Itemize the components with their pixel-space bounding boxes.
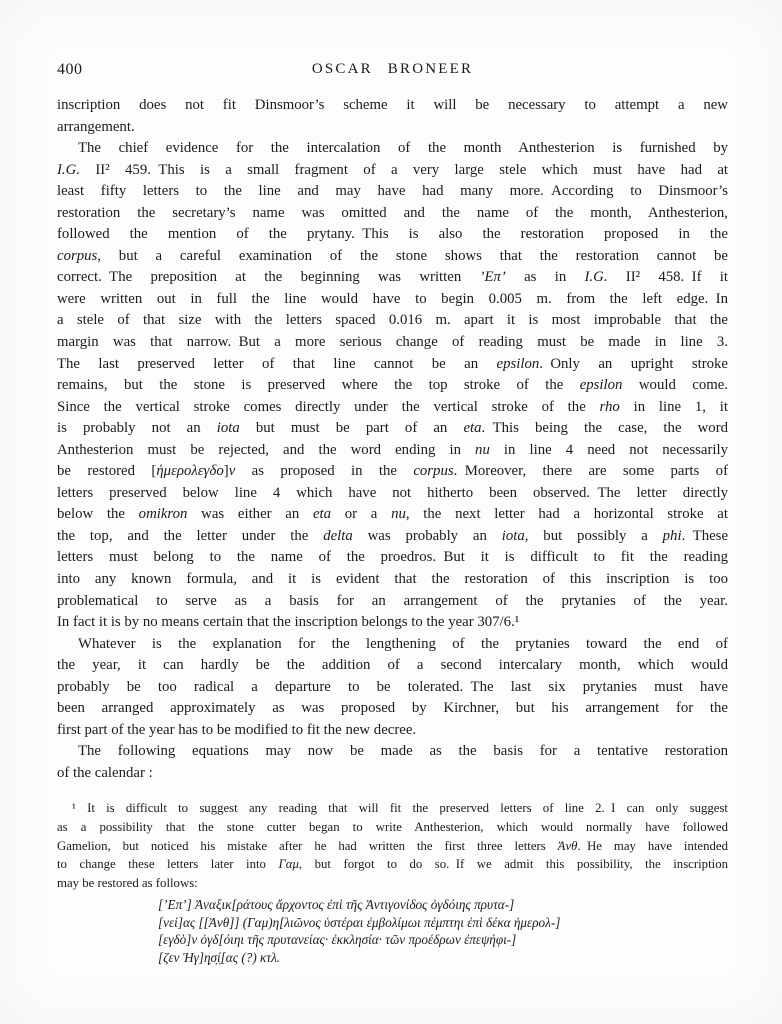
body-paragraphs: inscription does not fit Dinsmoor’s sche… xyxy=(57,95,728,785)
footnote-line: Gamelion, but noticed his mistake after … xyxy=(57,837,728,856)
text-line: been arranged approximately as was propo… xyxy=(57,698,728,720)
text-line: The last preserved letter of that line c… xyxy=(57,354,728,376)
text-line: probably be too radical a departure to b… xyxy=(57,677,728,699)
text-line: Whatever is the explanation for the leng… xyxy=(57,634,728,656)
text-line: The following equations may now be made … xyxy=(57,741,728,763)
text-line: letters preserved below line 4 which hav… xyxy=(57,483,728,505)
text-line: be restored [ἡμερολεγδο]ν as proposed in… xyxy=(57,461,728,483)
text-line: the top, and the letter under the delta … xyxy=(57,526,728,548)
text-line: were written out in full the line would … xyxy=(57,289,728,311)
text-line: letters must belong to the name of the p… xyxy=(57,547,728,569)
greek-line: [εγδὸ]ν ὀγδ[όιηι τῆς πρυτανείας· ἐκκλησί… xyxy=(158,931,688,949)
footnote-line: as a possibility that the stone cutter b… xyxy=(57,818,728,837)
page-header: 400 OSCAR BRONEER xyxy=(57,61,728,81)
greek-line: [’Επ’] Ἀναξικ[ράτους ἄρχοντος ἐπὶ τῆς Ἀν… xyxy=(158,896,688,914)
text-line: is probably not an iota but must be part… xyxy=(57,418,728,440)
text-line: inscription does not fit Dinsmoor’s sche… xyxy=(57,95,728,117)
text-line: Anthesterion must be rejected, and the w… xyxy=(57,440,728,462)
text-line: margin was that narrow. But a more serio… xyxy=(57,332,728,354)
footnote-line: to change these letters later into Γαμ, … xyxy=(57,855,728,874)
text-line: restoration the secretary’s name was omi… xyxy=(57,203,728,225)
text-line: The chief evidence for the intercalation… xyxy=(57,138,728,160)
text-line: corpus, but a careful examination of the… xyxy=(57,246,728,268)
text-line: Since the vertical stroke comes directly… xyxy=(57,397,728,419)
greek-line: [νεί]ας [[Ἀνθ]] (Γαμ)η[λιῶνος ὑστέραι ἐμ… xyxy=(158,914,688,932)
text-line: first part of the year has to be modifie… xyxy=(57,720,728,742)
text-line: least fifty letters to the line and may … xyxy=(57,181,728,203)
text-line: a stele of that size with the letters sp… xyxy=(57,310,728,332)
footnote-line: ¹ It is difficult to suggest any reading… xyxy=(57,799,728,818)
greek-line: [ζεν Ἡγ]η̣σ̣ί̣[ας (?) κτλ. xyxy=(158,949,688,967)
text-line: I.G. II² 459. This is a small fragment o… xyxy=(57,160,728,182)
footnote: ¹ It is difficult to suggest any reading… xyxy=(57,799,728,893)
scanned-paper-page: 400 OSCAR BRONEER inscription does not f… xyxy=(0,0,782,1024)
text-line: followed the mention of the prytany. Thi… xyxy=(57,224,728,246)
text-line: the year, it can hardly be the addition … xyxy=(57,655,728,677)
running-title: OSCAR BRONEER xyxy=(57,61,728,78)
text-line: into any known formula, and it is eviden… xyxy=(57,569,728,591)
restoration-greek-block: [’Επ’] Ἀναξικ[ράτους ἄρχοντος ἐπὶ τῆς Ἀν… xyxy=(158,896,688,966)
text-line: correct. The preposition at the beginnin… xyxy=(57,267,728,289)
text-line: In fact it is by no means certain that t… xyxy=(57,612,728,634)
text-line: remains, but the stone is preserved wher… xyxy=(57,375,728,397)
text-line: of the calendar : xyxy=(57,763,728,785)
text-line: problematical to serve as a basis for an… xyxy=(57,591,728,613)
footnote-line: may be restored as follows: xyxy=(57,874,728,893)
text-line: below the omikron was either an eta or a… xyxy=(57,504,728,526)
text-line: arrangement. xyxy=(57,117,728,139)
